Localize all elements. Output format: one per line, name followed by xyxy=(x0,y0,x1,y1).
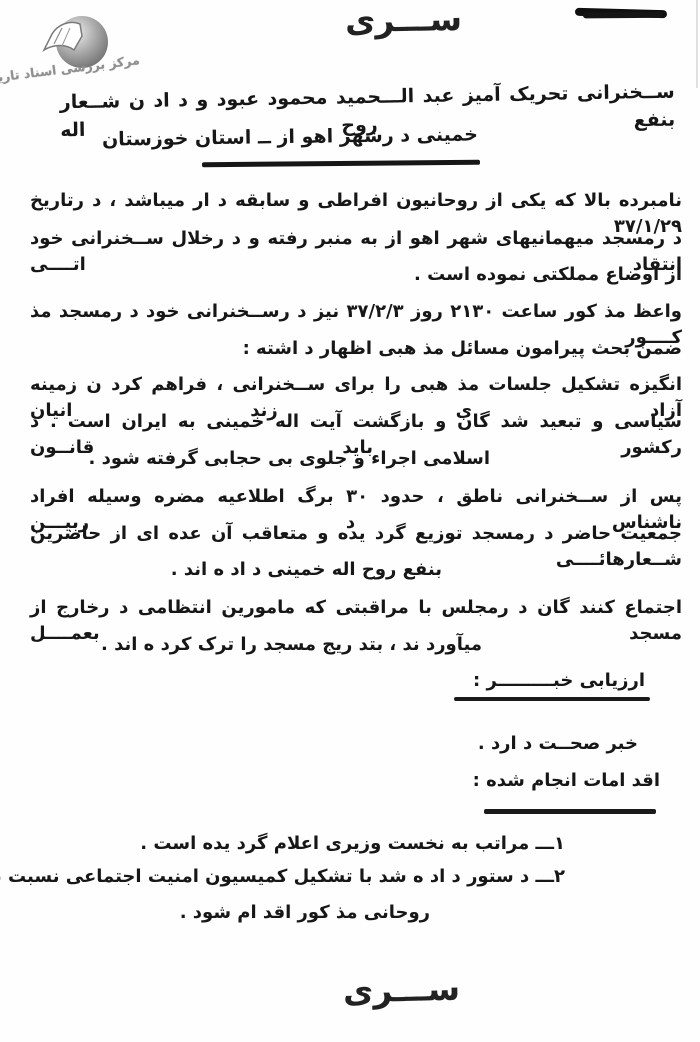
action-item-2-line-1: ٢ـــ د ستور د اد ه شد با تشکیل کمیسیون ا… xyxy=(0,864,565,890)
classification-stamp-top: ســـری xyxy=(345,0,463,45)
actions-heading: اقد امات انجام شده : xyxy=(473,768,660,794)
evaluation-heading: ارزیابی خبـــــــــر : xyxy=(473,668,645,694)
action-item-2-line-2: روحانی مذ کور اقد ام شود . xyxy=(180,900,430,926)
archive-logo: مرکز بررسی اسناد تاریخی xyxy=(10,14,140,92)
action-item-1: ١ـــ مراتب به نخست وزیری اعلام گرد یده ا… xyxy=(140,831,565,857)
body-line: ضمن بحث پیرامون مسائل مذ هبی اظهار د اشت… xyxy=(243,336,682,362)
evaluation-result: خبر صحــت د ارد . xyxy=(478,731,638,757)
actions-heading-underline xyxy=(484,809,656,814)
document-title-line-2: خمینی د رشهر اهو از ــ استان خوزستان xyxy=(102,121,478,154)
classification-stamp-bottom: ســـری xyxy=(342,964,460,1015)
redaction-scribble xyxy=(575,8,667,18)
body-line: میآورد ند ، بتد ریج مسجد را ترک کرد ه ان… xyxy=(101,632,482,658)
scanned-document-page: ســـری مرکز بررسی اسناد تاریخی xyxy=(0,0,700,1042)
scan-edge-artifact xyxy=(696,0,698,88)
title-underline xyxy=(202,160,480,167)
body-line: بنفع روح اله خمینی د اد ه اند . xyxy=(171,557,442,583)
body-line: از اوضاع مملکتی نموده است . xyxy=(414,262,682,288)
body-line: اسلامی اجراء و جلوی بی حجابی گرفته شود . xyxy=(89,446,490,472)
evaluation-heading-underline xyxy=(454,697,650,701)
